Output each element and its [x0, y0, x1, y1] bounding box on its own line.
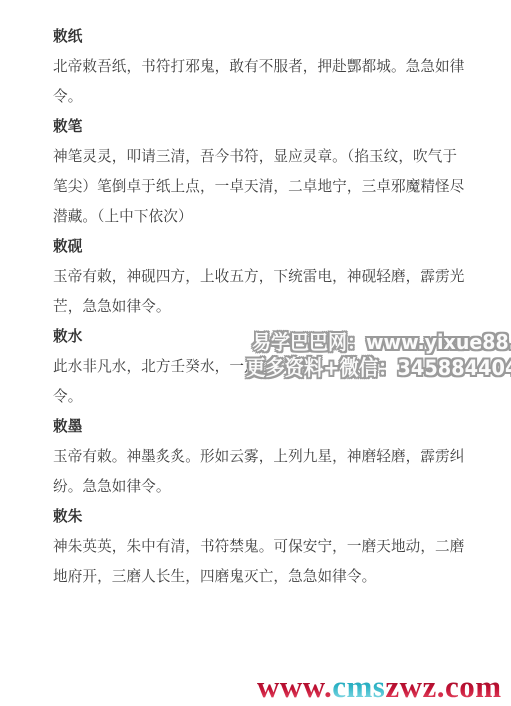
document-page: 敕纸北帝敕吾纸，书符打邪鬼，敢有不服者，押赴酆都城。急急如律令。敕笔神笔灵灵，叩… — [0, 0, 511, 706]
body-line: 笔尖）笔倒卓于纸上点，一卓天清，二卓地宁，三卓邪魔精怪尽 — [53, 172, 473, 202]
footer-url-segment: cms — [332, 669, 385, 704]
footer-site-url: www.cmszwz.com — [257, 669, 502, 705]
body-line: 地府开，三磨人长生，四磨鬼灭亡，急急如律令。 — [53, 562, 473, 592]
watermark-site-url: 易学巴巴网：www.yixue88.cn — [252, 326, 511, 355]
footer-url-segment: www. — [257, 669, 332, 704]
body-line: 令。 — [53, 382, 473, 412]
body-line: 北帝敕吾纸，书符打邪鬼，敢有不服者，押赴酆都城。急急如律 — [53, 52, 473, 82]
section-heading: 敕纸 — [53, 22, 473, 52]
section-heading: 敕砚 — [53, 232, 473, 262]
body-line: 神朱英英，朱中有清，书符禁鬼。可保安宁，一磨天地动，二磨 — [53, 532, 473, 562]
body-line: 神笔灵灵，叩请三清，吾今书符，显应灵章。（掐玉纹，吹气于 — [53, 142, 473, 172]
document-body: 敕纸北帝敕吾纸，书符打邪鬼，敢有不服者，押赴酆都城。急急如律令。敕笔神笔灵灵，叩… — [53, 22, 473, 592]
section-heading: 敕墨 — [53, 412, 473, 442]
body-line: 玉帝有敕。神墨炙炙。形如云雾，上列九星，神磨轻磨，霹雳纠 — [53, 442, 473, 472]
section-heading: 敕朱 — [53, 502, 473, 532]
body-line: 芒，急急如律令。 — [53, 292, 473, 322]
body-line: 纷。急急如律令。 — [53, 472, 473, 502]
footer-url-segment: zwz.com — [385, 669, 501, 704]
body-line: 潜藏。（上中下依次） — [53, 202, 473, 232]
watermark-wechat-contact: 更多资料+微信：3458844044 — [246, 352, 511, 382]
body-line: 令。 — [53, 82, 473, 112]
body-line: 玉帝有敕，神砚四方，上收五方，下统雷电，神砚轻磨，霹雳光 — [53, 262, 473, 292]
section-heading: 敕笔 — [53, 112, 473, 142]
